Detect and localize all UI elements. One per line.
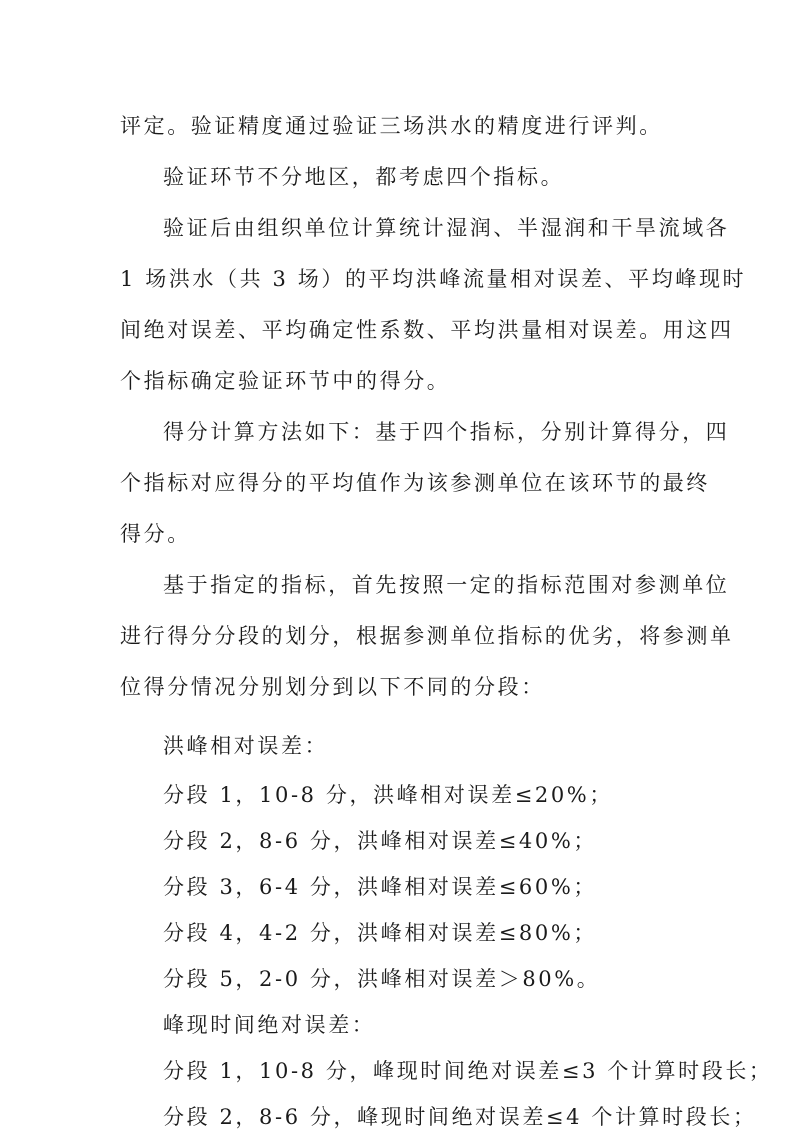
paragraph-line: 评定。验证精度通过验证三场洪水的精度进行评判。 — [120, 112, 663, 140]
paragraph-line: 得分。 — [120, 520, 191, 548]
paragraph-line: 得分计算方法如下：基于四个指标，分别计算得分，四 — [163, 418, 729, 446]
list-item: 分段 4，4-2 分，洪峰相对误差≤80%； — [163, 919, 597, 947]
paragraph-line: 位得分情况分别划分到以下不同的分段： — [120, 673, 545, 701]
list-item: 分段 2，8-6 分，洪峰相对误差≤40%； — [163, 827, 597, 855]
paragraph-line: 个指标确定验证环节中的得分。 — [120, 367, 450, 395]
section-heading: 洪峰相对误差： — [163, 732, 328, 760]
list-item: 分段 2，8-6 分，峰现时间绝对误差≤4 个计算时段长； — [163, 1103, 757, 1131]
document-page: 评定。验证精度通过验证三场洪水的精度进行评判。 验证环节不分地区，都考虑四个指标… — [0, 0, 800, 1131]
list-item: 分段 5，2-0 分，洪峰相对误差＞80%。 — [163, 965, 600, 993]
paragraph-line: 验证后由组织单位计算统计湿润、半湿润和干旱流域各 — [163, 214, 729, 242]
list-item: 分段 1，10-8 分，洪峰相对误差≤20%； — [163, 781, 613, 809]
list-item: 分段 1，10-8 分，峰现时间绝对误差≤3 个计算时段长； — [163, 1057, 773, 1085]
paragraph-line: 基于指定的指标，首先按照一定的指标范围对参测单位 — [163, 571, 729, 599]
paragraph-line: 1 场洪水（共 3 场）的平均洪峰流量相对误差、平均峰现时 — [120, 265, 746, 293]
section-heading: 峰现时间绝对误差： — [163, 1011, 375, 1039]
paragraph-line: 验证环节不分地区，都考虑四个指标。 — [163, 163, 564, 191]
paragraph-line: 间绝对误差、平均确定性系数、平均洪量相对误差。用这四 — [120, 316, 734, 344]
paragraph-line: 个指标对应得分的平均值作为该参测单位在该环节的最终 — [120, 469, 710, 497]
paragraph-line: 进行得分分段的划分，根据参测单位指标的优劣，将参测单 — [120, 622, 734, 650]
list-item: 分段 3，6-4 分，洪峰相对误差≤60%； — [163, 873, 597, 901]
